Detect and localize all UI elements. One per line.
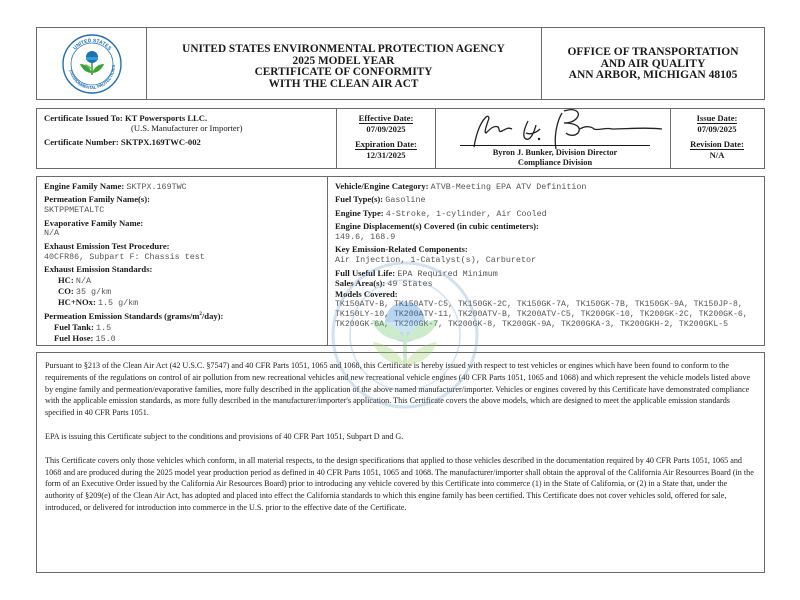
category-value: ATVB-Meeting EPA ATV Definition [431, 182, 587, 192]
certificate-title: CERTIFICATE OF CONFORMITY [146, 67, 541, 79]
permeation-family-label: Permeation Family Name(s): [44, 194, 150, 204]
useful-life-value: EPA Required Minimum [397, 269, 498, 279]
evaporative-family-value: N/A [44, 228, 59, 238]
issued-to-section: Certificate Issued To: KT Powersports LL… [37, 109, 337, 168]
standard-value: 1.5 [96, 323, 111, 333]
evaporative-family-label: Evaporative Family Name: [44, 218, 143, 228]
permeation-standards-label: Permeation Emission Standards (grams/m2/… [44, 311, 223, 321]
models-list: TK150ATV-B, TK150ATV-C5, TK150GK-2C, TK1… [335, 300, 763, 329]
signer-name: Byron J. Bunker, Division Director [460, 148, 650, 158]
signer-division: Compliance Division [460, 158, 650, 168]
issue-dates: Issue Date: 07/09/2025 Revision Date: N/… [670, 109, 764, 168]
issue-date-label: Issue Date: [697, 113, 738, 124]
issued-to-label: Certificate Issued To: [44, 113, 123, 123]
standard-co: CO: 35 g/km [44, 286, 327, 297]
epa-seal-icon: UNITED STATES ENVIRONMENTAL PROTECTION A… [61, 33, 123, 95]
test-procedure-value: 40CFR86, Subpart F: Chassis test [44, 252, 205, 262]
effective-date: 07/09/2025 [337, 124, 435, 134]
validity-dates: Effective Date: 07/09/2025 Expiration Da… [337, 109, 436, 168]
components-value: Air Injection, 1-Catalyst(s), Carburetor [335, 255, 536, 265]
engine-details: Engine Family Name: SKTPX.169TWC Permeat… [36, 176, 765, 346]
standard-value: 1.5 g/km [98, 298, 138, 308]
certificate-header: UNITED STATES ENVIRONMENTAL PROTECTION A… [36, 27, 765, 100]
terms-paragraph: EPA is issuing this Certificate subject … [45, 431, 754, 443]
agency-name: UNITED STATES ENVIRONMENTAL PROTECTION A… [146, 44, 541, 56]
standard-hc-nox: HC+NOx: 1.5 g/km [44, 297, 327, 308]
engine-type-label: Engine Type: [335, 208, 384, 218]
engine-type-value: 4-Stroke, 1-cylinder, Air Cooled [386, 209, 547, 219]
expiration-date-label: Expiration Date: [355, 139, 417, 150]
signer: Byron J. Bunker, Division Director Compl… [460, 145, 650, 167]
engine-family-column: Engine Family Name: SKTPX.169TWC Permeat… [37, 177, 328, 345]
permeation-family-value: SKTPPMETALTC [44, 205, 104, 215]
certificate-terms: Pursuant to §213 of the Clean Air Act (4… [36, 352, 765, 573]
sales-area-label: Sales Area(s): [335, 278, 385, 288]
expiration-date: 12/31/2025 [337, 150, 435, 160]
issued-to-sublabel: (U.S. Manufacturer or Importer) [44, 123, 336, 133]
components-label: Key Emission-Related Components: [335, 244, 468, 254]
standard-label: Fuel Hose: [54, 333, 93, 343]
exhaust-standards-label: Exhaust Emission Standards: [44, 264, 152, 274]
displacement-label: Engine Displacement(s) Covered (in cubic… [335, 221, 539, 231]
standard-value: 35 g/km [76, 287, 111, 297]
standard-hc: HC: N/A [44, 275, 327, 286]
office-line: OFFICE OF TRANSPORTATION [542, 47, 764, 59]
engine-family-label: Engine Family Name: [44, 181, 124, 191]
standard-label: Fuel Tank: [54, 322, 94, 332]
signature-block: Byron J. Bunker, Division Director Compl… [436, 109, 671, 168]
useful-life-label: Full Useful Life: [335, 268, 395, 278]
agency-title: UNITED STATES ENVIRONMENTAL PROTECTION A… [146, 28, 542, 99]
standard-value: 15.0 [96, 334, 116, 344]
terms-paragraph: This Certificate covers only those vehic… [45, 455, 754, 514]
engine-family-value: SKTPX.169TWC [126, 182, 186, 192]
category-label: Vehicle/Engine Category: [335, 181, 429, 191]
logo-cell: UNITED STATES ENVIRONMENTAL PROTECTION A… [37, 28, 147, 99]
effective-date-label: Effective Date: [359, 113, 414, 124]
standard-label: CO: [58, 286, 74, 296]
terms-paragraph: Pursuant to §213 of the Clean Air Act (4… [45, 360, 754, 419]
certificate-number-label: Certificate Number: [44, 137, 119, 147]
vehicle-details-column: Vehicle/Engine Category: ATVB-Meeting EP… [328, 177, 764, 345]
standard-value: N/A [76, 276, 91, 286]
office-address: OFFICE OF TRANSPORTATION AND AIR QUALITY… [542, 28, 764, 99]
displacement-value: 149.6, 168.9 [335, 232, 395, 242]
fuel-type-label: Fuel Type(s): [335, 194, 383, 204]
fuel-type-value: Gasoline [385, 195, 425, 205]
models-label: Models Covered: [335, 289, 398, 299]
standard-label: HC: [58, 275, 74, 285]
test-procedure-label: Exhaust Emission Test Procedure: [44, 241, 170, 251]
certificate-subtitle: WITH THE CLEAN AIR ACT [146, 79, 541, 91]
revision-date-label: Revision Date: [690, 139, 744, 150]
certificate-info: Certificate Issued To: KT Powersports LL… [36, 108, 765, 169]
standard-fuel-tank: Fuel Tank: 1.5 [44, 322, 327, 333]
issued-to-value: KT Powersports LLC. [125, 113, 207, 123]
certificate-number: SKTPX.169TWC-002 [121, 137, 201, 147]
office-line: ANN ARBOR, MICHIGAN 48105 [542, 70, 764, 82]
issue-date: 07/09/2025 [670, 124, 764, 134]
standard-label: HC+NOx: [58, 297, 96, 307]
revision-date: N/A [670, 150, 764, 160]
standard-fuel-hose: Fuel Hose: 15.0 [44, 333, 327, 344]
sales-area-value: 49 States [387, 279, 432, 289]
